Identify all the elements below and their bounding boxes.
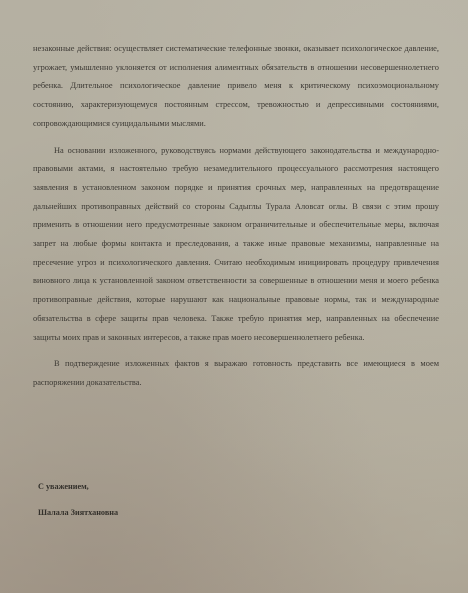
paragraph-accusation-continuation: незаконные действия: осуществляет систем…	[33, 40, 439, 134]
signature-closing: С уважением,	[38, 482, 89, 491]
signature-name: Шалала Зиятхановна	[38, 508, 118, 517]
document-page: незаконные действия: осуществляет систем…	[0, 0, 468, 593]
paragraph-evidence: В подтверждение изложенных фактов я выра…	[33, 355, 439, 392]
paragraph-demands: На основании изложенного, руководствуясь…	[33, 142, 439, 348]
document-body: незаконные действия: осуществляет систем…	[33, 40, 439, 393]
